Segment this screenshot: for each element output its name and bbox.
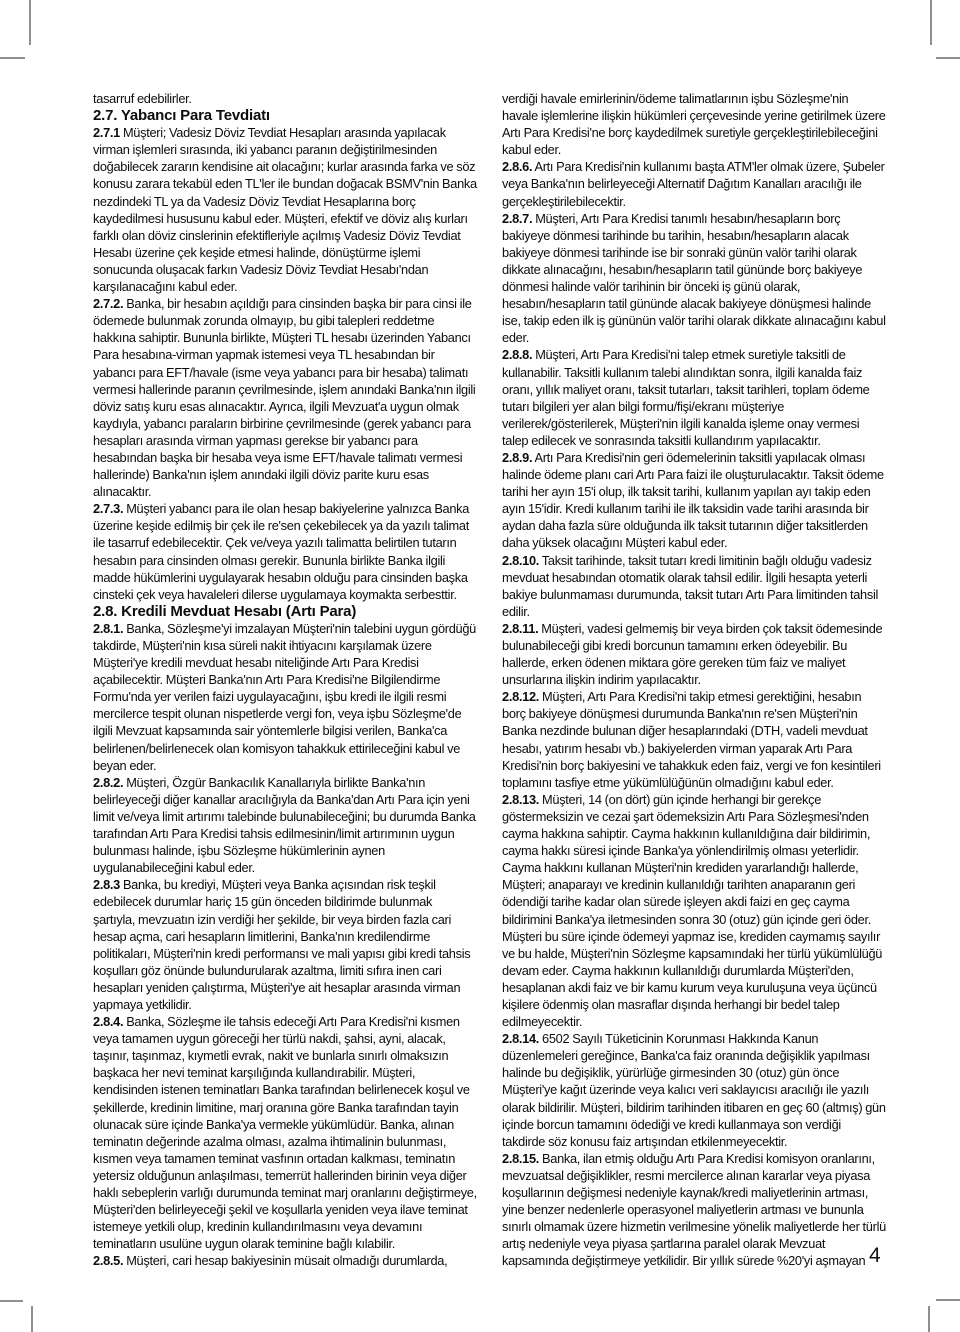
trim-mark-top-left-vertical [29, 0, 31, 45]
clause-number: 2.7.2. [93, 296, 123, 311]
clause-text: Artı Para Kredisi'nin geri ödemelerinin … [502, 450, 884, 550]
trim-mark-bottom-right-horizontal [936, 1299, 960, 1301]
clause-text: Müşteri, 14 (on dört) gün içinde herhang… [502, 792, 882, 1029]
clause-number: 2.8.9. [502, 450, 532, 465]
clause-number: 2.8.15. [502, 1151, 539, 1166]
clause-text: Müşteri, cari hesap bakiyesinin müsait o… [126, 1253, 447, 1268]
trim-mark-bottom-left-vertical [31, 1306, 33, 1332]
clause-text: Banka, ilan etmiş olduğu Artı Para Kredi… [502, 1151, 886, 1269]
trim-mark-bottom-right-vertical [928, 1306, 930, 1332]
continuation-paragraph: tasarruf edebilirler. [93, 90, 477, 107]
clause-2-8-13: 2.8.13. Müşteri, 14 (on dört) gün içinde… [502, 791, 886, 1030]
clause-number: 2.8.4. [93, 1014, 123, 1029]
clause-2-8-1: 2.8.1. Banka, Sözleşme'yi imzalayan Müşt… [93, 620, 477, 774]
clause-2-8-3: 2.8.3 Banka, bu krediyi, Müşteri veya Ba… [93, 876, 477, 1013]
clause-text: Müşteri yabancı para ile olan hesap baki… [93, 501, 469, 601]
trim-mark-top-right-horizontal [936, 57, 960, 59]
clause-number: 2.8.13. [502, 792, 539, 807]
clause-number: 2.8.12. [502, 689, 539, 704]
clause-2-7-1: 2.7.1 Müşteri; Vadesiz Döviz Tevdiat Hes… [93, 124, 477, 295]
trim-mark-top-right-vertical [930, 0, 932, 45]
clause-text: Müşteri, Özgür Bankacılık Kanallarıyla b… [93, 775, 476, 875]
trim-mark-bottom-left-horizontal [0, 1300, 23, 1302]
clause-number: 2.7.3. [93, 501, 123, 516]
clause-2-8-2: 2.8.2. Müşteri, Özgür Bankacılık Kanalla… [93, 774, 477, 877]
clause-text: Banka, Sözleşme ile tahsis edeceği Artı … [93, 1014, 477, 1251]
clause-2-8-12: 2.8.12. Müşteri, Artı Para Kredisi'ni ta… [502, 688, 886, 791]
clause-2-8-9: 2.8.9. Artı Para Kredisi'nin geri ödemel… [502, 449, 886, 552]
clause-text: Müşteri, Artı Para Kredisi'ni takip etme… [502, 689, 881, 789]
clause-number: 2.8.7. [502, 211, 532, 226]
clause-number: 2.8.8. [502, 347, 532, 362]
clause-text: Banka, Sözleşme'yi imzalayan Müşteri'nin… [93, 621, 476, 773]
clause-text: Müşteri, vadesi gelmemiş bir veya birden… [502, 621, 882, 687]
clause-number: 2.8.1. [93, 621, 123, 636]
clause-2-8-4: 2.8.4. Banka, Sözleşme ile tahsis edeceğ… [93, 1013, 477, 1252]
clause-2-8-7: 2.8.7. Müşteri, Artı Para Kredisi tanıml… [502, 210, 886, 347]
page-number: 4 [869, 1244, 881, 1268]
clause-text: Banka, bir hesabın açıldığı para cinsind… [93, 296, 475, 499]
clause-text: Müşteri, Artı Para Kredisi tanımlı hesab… [502, 211, 886, 346]
right-column: verdiği havale emirlerinin/ödeme talimat… [502, 90, 886, 1269]
clause-2-8-8: 2.8.8. Müşteri, Artı Para Kredisi'ni tal… [502, 346, 886, 449]
clause-2-8-5: 2.8.5. Müşteri, cari hesap bakiyesinin m… [93, 1252, 477, 1269]
clause-text: Müşteri; Vadesiz Döviz Tevdiat Hesapları… [93, 125, 477, 294]
clause-text: Banka, bu krediyi, Müşteri veya Banka aç… [93, 877, 470, 1012]
clause-number: 2.8.10. [502, 553, 539, 568]
section-heading-2-8: 2.8. Kredili Mevduat Hesabı (Artı Para) [93, 603, 477, 620]
page-content: tasarruf edebilirler. 2.7. Yabancı Para … [93, 90, 886, 1269]
clause-2-7-3: 2.7.3. Müşteri yabancı para ile olan hes… [93, 500, 477, 603]
left-column: tasarruf edebilirler. 2.7. Yabancı Para … [93, 90, 477, 1269]
clause-2-8-6: 2.8.6. Artı Para Kredisi'nin kullanımı b… [502, 158, 886, 209]
paragraph-text: tasarruf edebilirler. [93, 91, 192, 106]
clause-number: 2.7.1 [93, 125, 120, 140]
clause-number: 2.8.5. [93, 1253, 123, 1268]
clause-number: 2.8.11. [502, 621, 538, 636]
clause-2-8-11: 2.8.11. Müşteri, vadesi gelmemiş bir vey… [502, 620, 886, 688]
clause-2-8-14: 2.8.14. 6502 Sayılı Tüketicinin Korunmas… [502, 1030, 886, 1150]
trim-mark-top-left-horizontal [0, 57, 25, 59]
continuation-paragraph: verdiği havale emirlerinin/ödeme talimat… [502, 90, 886, 158]
clause-number: 2.8.2. [93, 775, 123, 790]
clause-text: Artı Para Kredisi'nin kullanımı başta AT… [502, 159, 885, 208]
clause-text: 6502 Sayılı Tüketicinin Korunması Hakkın… [502, 1031, 886, 1149]
contract-document-page: tasarruf edebilirler. 2.7. Yabancı Para … [0, 0, 960, 1332]
clause-number: 2.8.14. [502, 1031, 539, 1046]
clause-number: 2.8.3 [93, 877, 120, 892]
paragraph-text: verdiği havale emirlerinin/ödeme talimat… [502, 91, 886, 157]
clause-number: 2.8.6. [502, 159, 532, 174]
clause-2-8-15: 2.8.15. Banka, ilan etmiş olduğu Artı Pa… [502, 1150, 886, 1270]
section-heading-2-7: 2.7. Yabancı Para Tevdiatı [93, 107, 477, 124]
clause-text: Taksit tarihinde, taksit tutarı kredi li… [502, 553, 878, 619]
clause-2-8-10: 2.8.10. Taksit tarihinde, taksit tutarı … [502, 552, 886, 620]
clause-2-7-2: 2.7.2. Banka, bir hesabın açıldığı para … [93, 295, 477, 500]
clause-text: Müşteri, Artı Para Kredisi'ni talep etme… [502, 347, 870, 447]
